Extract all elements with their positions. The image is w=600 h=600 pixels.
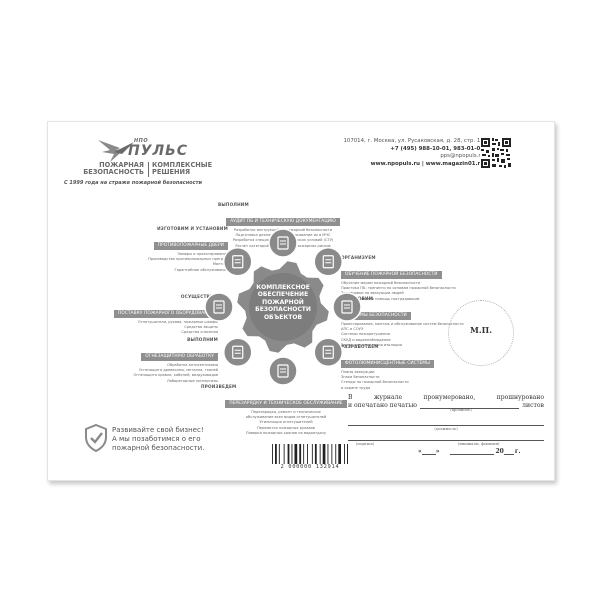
caption-name: (инициалы, фамилия): [458, 442, 499, 446]
logo-name: ПУЛЬС: [128, 143, 188, 159]
stamp-label: М.П.: [448, 325, 514, 335]
list-item: Поверка пожарных кранов на водоотдачу: [201, 431, 371, 436]
section-equipment: Осуществим Поставку пожарного оборудован…: [78, 294, 218, 336]
journal-line-2: и опечатано печатью листов: [348, 402, 544, 410]
month-field[interactable]: [450, 448, 494, 455]
evacuation-plan-icon: [314, 338, 342, 366]
section-items: Обработка антисептиками Огнезащита древе…: [78, 363, 218, 384]
section-items: Перезарядка, ремонт и техническое обслуж…: [201, 410, 371, 436]
section-title-bar: Перезарядку и техническое обслуживание: [225, 400, 346, 408]
presentation-icon: [314, 248, 342, 276]
qr-code-icon: [480, 137, 512, 169]
extinguisher-maintenance-icon: [269, 357, 297, 385]
wheel-center-text: КОМПЛЕКСНОЕ ОБЕСПЕЧЕНИЕ ПОЖАРНОЙ БЕЗОПАС…: [243, 284, 323, 321]
list-item: Лабораторные экспертизы: [78, 379, 218, 384]
email: pps@npopuls.ru: [343, 153, 484, 161]
promo-line: А мы позаботимся о его: [112, 435, 204, 444]
section-verb: Выполним: [198, 202, 368, 207]
promo-text: Развивайте свой бизнес! А мы позаботимся…: [112, 426, 204, 453]
websites: www.npopuls.ru | www.magazin01.ru: [343, 161, 484, 169]
section-verb: Осуществим: [78, 294, 218, 299]
position-field[interactable]: [348, 425, 544, 426]
extinguisher-icon: [205, 293, 233, 321]
journal-certification: В журнале пронумеровано, прошнуровано и …: [348, 394, 544, 415]
signature-name-field[interactable]: [348, 440, 544, 441]
caption-position: (должность): [348, 427, 544, 431]
logo-tagline-right: КОМПЛЕКСНЫЕ РЕШЕНИЯ: [148, 162, 212, 177]
promo-line: Развивайте свой бизнес!: [112, 426, 204, 435]
year-suffix: г.: [515, 448, 521, 455]
wheel-text-line: КОМПЛЕКСНОЕ: [243, 284, 323, 291]
wheel-text-line: ПОЖАРНОЙ: [243, 299, 323, 306]
barcode-icon: [270, 444, 348, 466]
promo-line: пожарной безопасности.: [112, 444, 204, 453]
shield-check-icon: [84, 424, 108, 452]
year-field[interactable]: [504, 448, 514, 455]
checklist-icon: [269, 229, 297, 257]
barcode-number: 2 000000 132914: [270, 464, 350, 470]
caption-signature: (подпись): [356, 442, 374, 446]
journal-cover-page: НПО ПУЛЬС ПОЖАРНАЯ БЕЗОПАСНОСТЬ КОМПЛЕКС…: [47, 121, 555, 481]
logo-slogan: С 1999 года на страже пожарной безопасно…: [64, 180, 202, 186]
day-field[interactable]: [422, 448, 436, 455]
section-items: Огнетушители, рукава, пожарные шкафы Сре…: [78, 320, 218, 336]
house-fire-icon: [224, 338, 252, 366]
logo-tagline-left: ПОЖАРНАЯ БЕЗОПАСНОСТЬ: [66, 162, 144, 177]
year-prefix: 20: [496, 448, 504, 455]
wheel-text-line: ОБЕСПЕЧЕНИЕ: [243, 291, 323, 298]
address: 107014, г. Москва, ул. Русаковская, д. 2…: [343, 138, 484, 146]
section-verb: Выполним: [78, 337, 218, 342]
journal-line-1: В журнале пронумеровано, прошнуровано: [348, 394, 544, 402]
wheel-text-line: БЕЗОПАСНОСТИ: [243, 306, 323, 313]
tagline-right-2: РЕШЕНИЯ: [152, 169, 212, 176]
fire-door-icon: [224, 248, 252, 276]
section-fireproof: Выполним Огнезащитную обработку Обработк…: [78, 337, 218, 384]
contacts-block: 107014, г. Москва, ул. Русаковская, д. 2…: [343, 138, 484, 168]
tagline-left-2: БЕЗОПАСНОСТЬ: [66, 169, 144, 176]
alarm-bell-icon: [333, 293, 361, 321]
list-item: Средства спасения: [78, 330, 218, 335]
journal-line-2-start: и опечатано печатью: [348, 402, 417, 410]
date-quote-close: »: [436, 448, 440, 455]
wheel-text-line: ОБЪЕКТОВ: [243, 314, 323, 321]
journal-line-2-end: листов: [522, 402, 544, 410]
date-line: « » 20 г.: [418, 448, 521, 455]
phone: +7 (495) 988-10-01, 983-01-01: [343, 146, 484, 154]
